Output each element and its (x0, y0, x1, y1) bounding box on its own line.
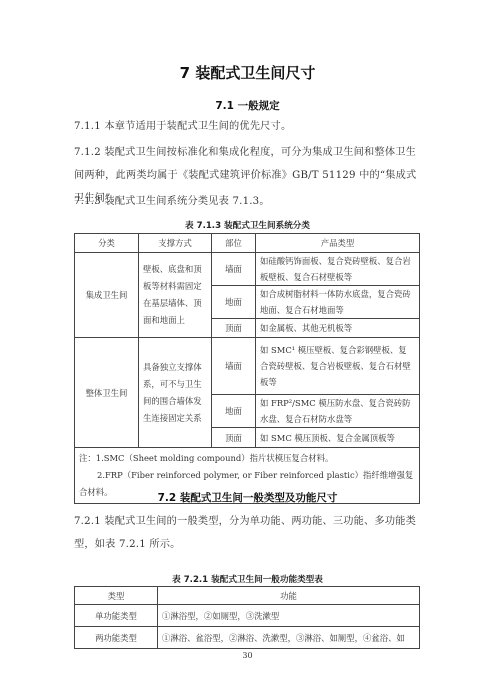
product-cell: 如 FRP²/SMC 模压防水盘、复合瓷砖防水盘、复合石材防水盘等 (256, 395, 420, 428)
table-7-2-1: 类型 功能 单功能类型 ①淋浴型，②如厕型，③洗漱型 两功能类型 ①淋浴、盆浴型… (74, 586, 420, 649)
header-function: 功能 (158, 587, 420, 605)
type-cell: 单功能类型 (75, 605, 158, 627)
part-cell: 地面 (212, 286, 256, 319)
table-row: 集成卫生间 壁板、底盘和顶板等材料需固定在基层墙体、顶面和地面上 墙面 如硅酸钙… (75, 253, 420, 286)
section-title-7-2: 7.2 装配式卫生间一般类型及功能尺寸 (0, 490, 495, 505)
chapter-title: 7 装配式卫生间尺寸 (0, 62, 495, 83)
paragraph-7-1-1: 7.1.1 本章节适用于装配式卫生间的优先尺寸。 (74, 115, 424, 138)
part-cell: 墙面 (212, 253, 256, 286)
section-title-7-1: 7.1 一般规定 (0, 98, 495, 113)
category-cell: 集成卫生间 (75, 253, 139, 338)
part-cell: 地面 (212, 395, 256, 428)
table-row: 两功能类型 ①淋浴、盆浴型，②淋浴、洗漱型，③淋浴、如厕型，④盆浴、如 (75, 627, 420, 649)
header-product: 产品类型 (256, 234, 420, 253)
product-cell: 如 SMC 模压顶板、复合金属顶板等 (256, 428, 420, 448)
category-cell: 整体卫生间 (75, 338, 139, 448)
support-cell: 壁板、底盘和顶板等材料需固定在基层墙体、顶面和地面上 (139, 253, 212, 338)
function-cell: ①淋浴、盆浴型，②淋浴、洗漱型，③淋浴、如厕型，④盆浴、如 (158, 627, 420, 649)
page-number: 30 (0, 651, 495, 660)
function-cell: ①淋浴型，②如厕型，③洗漱型 (158, 605, 420, 627)
header-part: 部位 (212, 234, 256, 253)
part-cell: 顶面 (212, 428, 256, 448)
support-cell: 具备独立支撑体系，可不与卫生间的围合墙体发生连接固定关系 (139, 338, 212, 448)
product-cell: 如 SMC¹ 模压壁板、复合彩钢壁板、复合瓷砖壁板、复合岩板壁板、复合石材壁板等 (256, 338, 420, 395)
product-cell: 如金属板、其他无机板等 (256, 319, 420, 338)
header-support: 支撑方式 (139, 234, 212, 253)
table-header-row: 类型 功能 (75, 587, 420, 605)
paragraph-7-2-1: 7.2.1 装配式卫生间的一般类型，分为单功能、两功能、三功能、多功能类型，如表… (74, 510, 424, 556)
table-row: 整体卫生间 具备独立支撑体系，可不与卫生间的围合墙体发生连接固定关系 墙面 如 … (75, 338, 420, 395)
part-cell: 墙面 (212, 338, 256, 395)
product-cell: 如合成树脂材料一体防水底盘，复合瓷砖地面、复合石材地面等 (256, 286, 420, 319)
part-cell: 顶面 (212, 319, 256, 338)
product-cell: 如硅酸钙饰面板、复合瓷砖壁板、复合岩板壁板、复合石材壁板等 (256, 253, 420, 286)
paragraph-7-1-3: 7.1.3 装配式卫生间系统分类见表 7.1.3。 (74, 190, 424, 213)
table-caption-7-2-1: 表 7.2.1 装配式卫生间一般功能类型表 (0, 573, 495, 585)
note-1: 注：1.SMC（Sheet molding compound）指片状模压复合材料… (79, 450, 415, 467)
table-row: 单功能类型 ①淋浴型，②如厕型，③洗漱型 (75, 605, 420, 627)
header-category: 分类 (75, 234, 139, 253)
table-7-1-3: 分类 支撑方式 部位 产品类型 集成卫生间 壁板、底盘和顶板等材料需固定在基层墙… (74, 233, 420, 504)
table-header-row: 分类 支撑方式 部位 产品类型 (75, 234, 420, 253)
table-caption-7-1-3: 表 7.1.3 装配式卫生间系统分类 (0, 219, 495, 231)
header-type: 类型 (75, 587, 158, 605)
type-cell: 两功能类型 (75, 627, 158, 649)
